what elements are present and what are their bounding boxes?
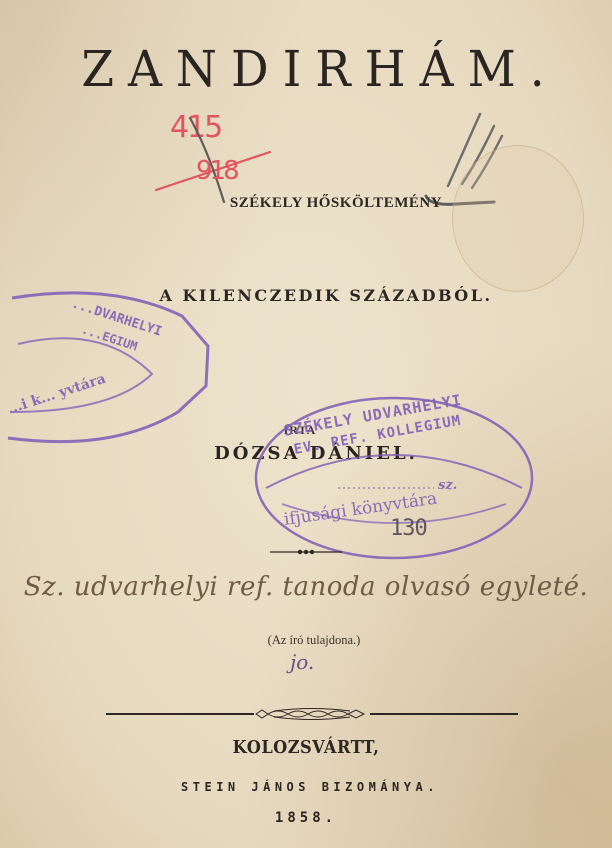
place-of-publication: KOLOZSVÁRTT, [31, 737, 582, 758]
book-subtitle: SZÉKELY HŐSKÖLTEMÉNY [30, 195, 612, 212]
water-stain [452, 145, 584, 292]
library-stamp-right: SZÉKELY UDVARHELYI EV. REF. KOLLEGIUM sz… [254, 392, 534, 568]
decorative-rule [106, 708, 518, 720]
small-ornament-divider [270, 548, 342, 556]
publisher-line: STEIN JÁNOS BIZOMÁNYA. [0, 780, 612, 794]
ownership-note: (Az író tulajdona.) [8, 633, 612, 648]
publication-year: 1858. [0, 810, 612, 826]
book-title: ZANDIRHÁM. [0, 41, 612, 99]
stamp-right-dotted-suffix: sz. [438, 478, 457, 493]
handwritten-jo: jo. [290, 650, 314, 674]
shelfmark-bottom: 918 [196, 156, 237, 186]
handwritten-inscription: Sz. udvarhelyi ref. tanoda olvasó egylet… [0, 572, 612, 602]
stamp-accession-number: 130 [390, 516, 427, 541]
red-pencil-shelfmark: 415 918 [160, 110, 280, 205]
title-page: ZANDIRHÁM. 415 918 SZÉKELY HŐSKÖLTEMÉNY … [0, 0, 612, 848]
